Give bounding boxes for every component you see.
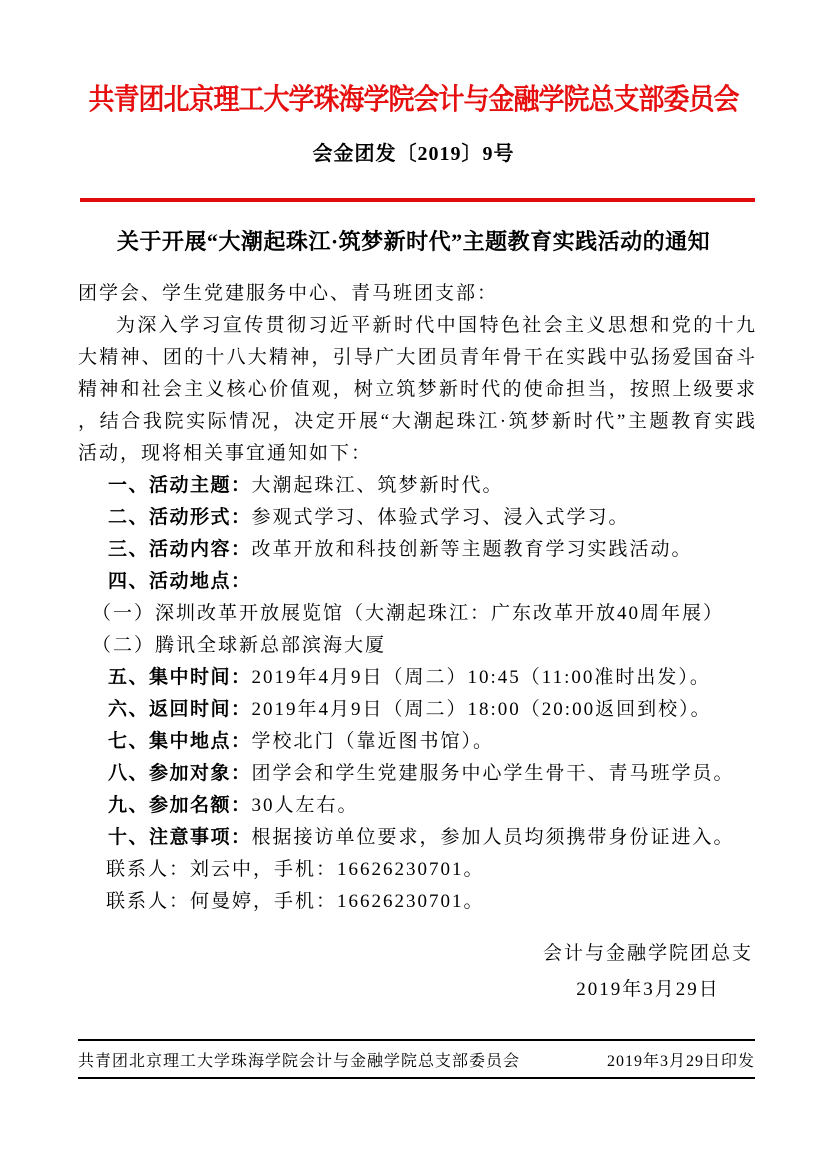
doc-number: 会金团发〔2019〕9号 xyxy=(0,142,827,167)
document-title: 关于开展“大潮起珠江·筑梦新时代”主题教育实践活动的通知 xyxy=(0,226,827,257)
salutation: 团学会、学生党建服务中心、青马班团支部： xyxy=(78,278,755,310)
letterhead: 共青团北京理工大学珠海学院会计与金融学院总支部委员会 会金团发〔2019〕9号 xyxy=(0,0,827,202)
list-item-text: 团学会和学生党建服务中心学生骨干、青马班学员。 xyxy=(252,763,735,784)
list-item-label: 六、返回时间： xyxy=(108,699,252,720)
document-body: 关于开展“大潮起珠江·筑梦新时代”主题教育实践活动的通知 团学会、学生党建服务中… xyxy=(0,226,827,1008)
list-item-label: 九、参加名额： xyxy=(108,795,252,816)
red-divider xyxy=(80,198,755,202)
notice-content: 团学会、学生党建服务中心、青马班团支部： 为深入学习宣传贯彻习近平新时代中国特色… xyxy=(78,278,755,918)
list-item-text: 2019年4月9日（周二）18:00（20:00返回到校）。 xyxy=(252,699,712,720)
list-item-label: 十、注意事项： xyxy=(108,827,252,848)
sub-item: （二）腾讯全球新总部滨海大厦 xyxy=(78,630,755,662)
list-item-text: 2019年4月9日（周二）10:45（11:00准时出发）。 xyxy=(252,667,711,688)
list-item: 七、集中地点：学校北门（靠近图书馆）。 xyxy=(78,726,755,758)
paragraph-line: 精神和社会主义核心价值观，树立筑梦新时代的使命担当，按照上级要求 xyxy=(78,374,755,406)
list-item-label: 四、活动地点： xyxy=(108,571,252,592)
list-item: 一、活动主题：大潮起珠江、筑梦新时代。 xyxy=(78,470,755,502)
list-item-label: 八、参加对象： xyxy=(108,763,252,784)
signature-date: 2019年3月29日 xyxy=(576,972,720,1008)
list-item: 十、注意事项：根据接访单位要求，参加人员均须携带身份证进入。 xyxy=(78,822,755,854)
paragraph-line: ，结合我院实际情况，决定开展“大潮起珠江·筑梦新时代”主题教育实践 xyxy=(78,406,755,438)
list-item: 二、活动形式：参观式学习、体验式学习、浸入式学习。 xyxy=(78,502,755,534)
sub-item: （一）深圳改革开放展览馆（大潮起珠江：广东改革开放40周年展） xyxy=(78,598,755,630)
signature-org: 会计与金融学院团总支 xyxy=(543,936,753,972)
list-item: 五、集中时间：2019年4月9日（周二）10:45（11:00准时出发）。 xyxy=(78,662,755,694)
list-item: 六、返回时间：2019年4月9日（周二）18:00（20:00返回到校）。 xyxy=(78,694,755,726)
list-item-text: 大潮起珠江、筑梦新时代。 xyxy=(252,475,504,496)
footer-print-date: 2019年3月29日印发 xyxy=(607,1048,755,1071)
list-item: 四、活动地点： xyxy=(78,566,755,598)
list-item: 三、活动内容：改革开放和科技创新等主题教育学习实践活动。 xyxy=(78,534,755,566)
list-item-text: 改革开放和科技创新等主题教育学习实践活动。 xyxy=(252,539,693,560)
paragraph-line: 大精神、团的十八大精神，引导广大团员青年骨干在实践中弘扬爱国奋斗 xyxy=(78,342,755,374)
signature-block: 会计与金融学院团总支 2019年3月29日 xyxy=(543,936,753,1008)
list-item-text: 根据接访单位要求，参加人员均须携带身份证进入。 xyxy=(252,827,735,848)
list-item-label: 二、活动形式： xyxy=(108,507,252,528)
paragraph-line: 为深入学习宣传贯彻习近平新时代中国特色社会主义思想和党的十九 xyxy=(78,310,755,342)
contact-line: 联系人：刘云中，手机：16626230701。 xyxy=(78,854,755,886)
list-item: 九、参加名额：30人左右。 xyxy=(78,790,755,822)
list-item-text: 学校北门（靠近图书馆）。 xyxy=(252,731,495,752)
paragraph-line: 活动，现将相关事宜通知如下： xyxy=(78,438,755,470)
list-item-text: 参观式学习、体验式学习、浸入式学习。 xyxy=(252,507,630,528)
issuing-org-title: 共青团北京理工大学珠海学院会计与金融学院总支部委员会 xyxy=(0,82,827,118)
list-item: 八、参加对象：团学会和学生党建服务中心学生骨干、青马班学员。 xyxy=(78,758,755,790)
list-item-label: 一、活动主题： xyxy=(108,475,252,496)
page-footer: 共青团北京理工大学珠海学院会计与金融学院总支部委员会 2019年3月29日印发 xyxy=(78,1039,755,1079)
list-item-text: 30人左右。 xyxy=(252,795,359,816)
list-item-label: 三、活动内容： xyxy=(108,539,252,560)
contact-line: 联系人：何曼婷，手机：16626230701。 xyxy=(78,886,755,918)
document-page: 共青团北京理工大学珠海学院会计与金融学院总支部委员会 会金团发〔2019〕9号 … xyxy=(0,0,827,1169)
list-item-label: 七、集中地点： xyxy=(108,731,252,752)
footer-issuer: 共青团北京理工大学珠海学院会计与金融学院总支部委员会 xyxy=(78,1048,520,1071)
list-item-label: 五、集中时间： xyxy=(108,667,252,688)
